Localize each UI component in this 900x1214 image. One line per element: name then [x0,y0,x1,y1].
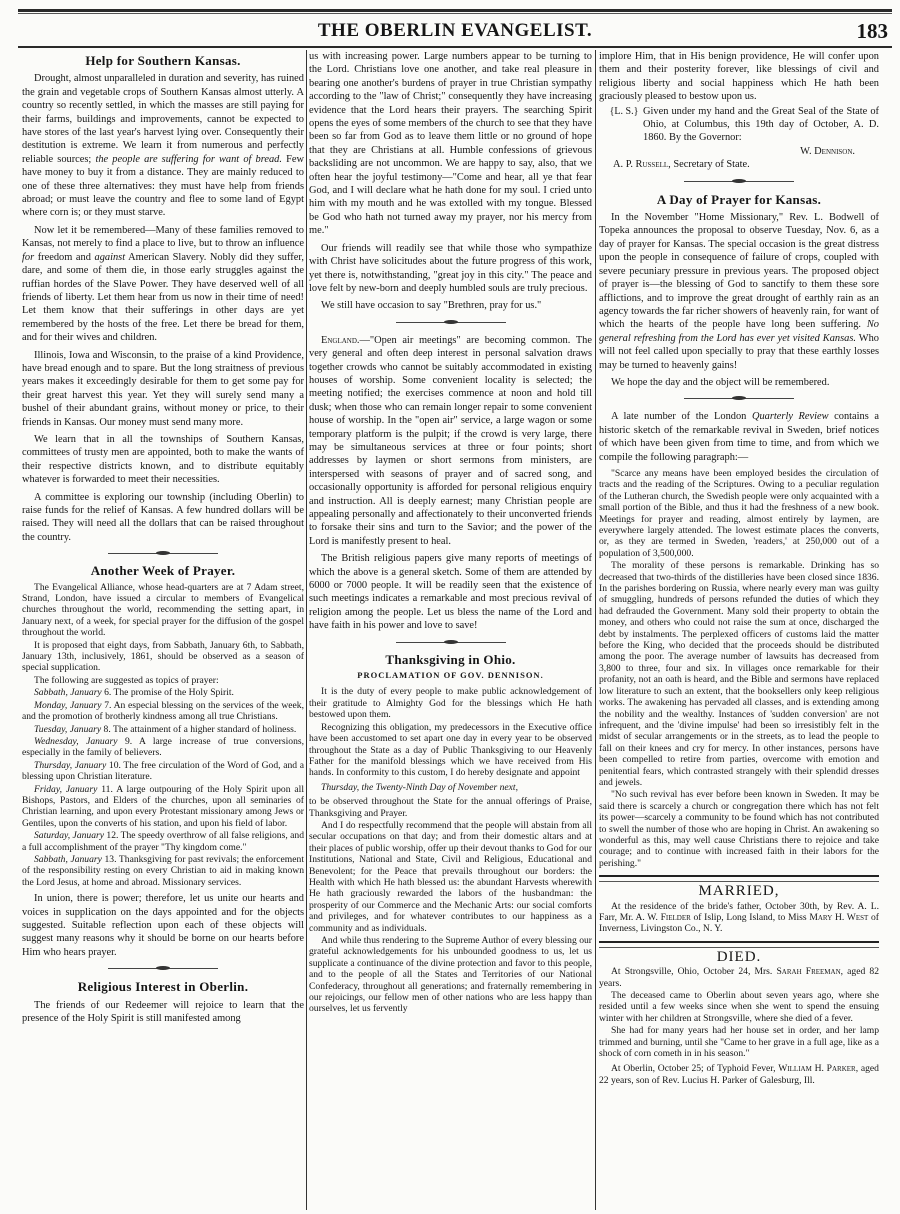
article-england: England.—"Open air meetings" are becomin… [309,334,592,633]
obituary: At Strongsville, Ohio, October 24, Mrs. … [599,966,879,989]
prayer-topic: Tuesday, January 8. The attainment of a … [22,724,304,735]
paragraph: Our friends will readily see that while … [309,242,592,296]
deceased-name: Sarah Freeman [776,966,840,977]
paragraph: The following are suggested as topics of… [22,675,304,686]
paragraph: She had for many years had her house set… [599,1025,879,1059]
page-number: 183 [857,19,889,44]
bride-name: Mary H. West [809,912,868,923]
prayer-topic: Saturday, January 12. The speedy overthr… [22,830,304,853]
emphasis: the people are suffering for want of bre… [95,154,282,165]
article-revival-in-sweden: A late number of the London Quarterly Re… [599,410,879,869]
article-heading: Help for Southern Kansas. [22,54,304,67]
paragraph: It is proposed that eight days, from Sab… [22,640,304,674]
paragraph: And while thus rendering to the Supreme … [309,935,592,1015]
newspaper-title: THE OBERLIN EVANGELIST. [18,20,892,42]
article-religious-interest-in-oberlin: Religious Interest in Oberlin. The frien… [22,980,304,1025]
column-2: us with increasing power. Large numbers … [309,50,592,1016]
paragraph: Drought, almost unparalleled in duration… [22,72,304,219]
groom-name: Fielder [661,912,691,923]
article-help-for-southern-kansas: Help for Southern Kansas. Drought, almos… [22,54,304,544]
notice-heading: MARRIED, [599,886,879,897]
prayer-topic: Sabbath, January 13. Thanksgiving for pa… [22,854,304,888]
prayer-topic: Thursday, January 10. The free circulati… [22,760,304,783]
paragraph: Now let it be remembered—Many of these f… [22,224,304,345]
paragraph: The British religious papers give many r… [309,552,592,632]
paragraph: It is the duty of every people to make p… [309,686,592,720]
paragraph: England.—"Open air meetings" are becomin… [309,334,592,549]
deceased-name: William H. Parker [778,1063,855,1074]
section-separator [396,638,506,648]
section-separator [684,177,794,187]
obituary: At Oberlin, October 25; of Typhoid Fever… [599,1063,879,1086]
paragraph: In the November "Home Missionary," Rev. … [599,211,879,372]
section-separator [108,964,218,974]
paragraph: We still have occasion to say "Brethren,… [309,299,592,312]
section-separator [396,318,506,328]
publication-title: Quarterly Review [752,411,829,422]
paragraph: Illinois, Iowa and Wisconsin, to the pra… [22,349,304,429]
paragraph: We hope the day and the object will be r… [599,376,879,389]
article-heading: A Day of Prayer for Kansas. [599,193,879,206]
paragraph: Recognizing this obligation, my predeces… [309,722,592,779]
masthead-bottom-rule [18,46,892,48]
seal-mark: {L. S.} [605,105,643,118]
prayer-topic: Wednesday, January 9. A large increase o… [22,736,304,759]
paragraph: And I do respectfully recommend that the… [309,820,592,934]
section-separator [108,549,218,559]
article-thanksgiving-in-ohio: Thanksgiving in Ohio. PROCLAMATION OF GO… [309,654,592,1015]
dateline: England. [321,335,360,346]
seal-text: Given under my hand and the Great Seal o… [643,105,879,145]
paragraph-continued: us with increasing power. Large numbers … [309,50,592,238]
double-rule [599,941,879,948]
paragraph: A committee is exploring our township (i… [22,491,304,545]
proclamation-date: Thursday, the Twenty-Ninth Day of Novemb… [309,782,592,793]
paragraph: We learn that in all the townships of So… [22,433,304,487]
notice-heading: DIED. [599,952,879,963]
paragraph: A late number of the London Quarterly Re… [599,410,879,464]
notice-married: MARRIED, At the residence of the bride's… [599,886,879,935]
article-heading: Another Week of Prayer. [22,565,304,576]
article-day-of-prayer-for-kansas: A Day of Prayer for Kansas. In the Novem… [599,193,879,390]
column-1: Help for Southern Kansas. Drought, almos… [22,54,304,1029]
article-subheading: PROCLAMATION OF GOV. DENNISON. [309,670,592,681]
column-rule-2 [595,50,596,1210]
marriage-notice: At the residence of the bride's father, … [599,901,879,935]
quoted-paragraph: The morality of these persons is remarka… [599,560,879,788]
masthead-top-rule-thin [18,13,892,14]
double-rule [599,875,879,882]
prayer-topic: Friday, January 11. A large outpouring o… [22,784,304,830]
paragraph: The deceased came to Oberlin about seven… [599,990,879,1024]
emphasis: against [95,252,126,263]
emphasis: for [22,252,34,263]
article-heading: Thanksgiving in Ohio. [309,654,592,665]
article-heading: Religious Interest in Oberlin. [22,980,304,993]
column-3: implore Him, that in His benign providen… [599,50,879,1087]
prayer-topic: Sabbath, January 6. The promise of the H… [22,687,304,698]
great-seal-block: {L. S.} Given under my hand and the Grea… [605,105,879,145]
quoted-paragraph: "No such revival has ever before been kn… [599,789,879,869]
notice-died: DIED. At Strongsville, Ohio, October 24,… [599,952,879,1086]
column-rule-1 [306,50,307,1210]
prayer-topic: Monday, January 7. An especial blessing … [22,700,304,723]
paragraph: to be observed throughout the State for … [309,796,592,819]
section-separator [684,394,794,404]
paragraph: The Evangelical Alliance, whose head-qua… [22,582,304,639]
article-another-week-of-prayer: Another Week of Prayer. The Evangelical … [22,565,304,888]
paragraph: In union, there is power; therefore, let… [22,892,304,959]
paragraph: The friends of our Redeemer will rejoice… [22,999,304,1026]
masthead-top-rule [18,9,892,12]
secretary-line: A. P. Russell, Secretary of State. [613,158,879,171]
paragraph-continued: implore Him, that in His benign providen… [599,50,879,104]
governor-signature: W. Dennison. [599,145,879,158]
quoted-paragraph: "Scarce any means have been employed bes… [599,468,879,559]
